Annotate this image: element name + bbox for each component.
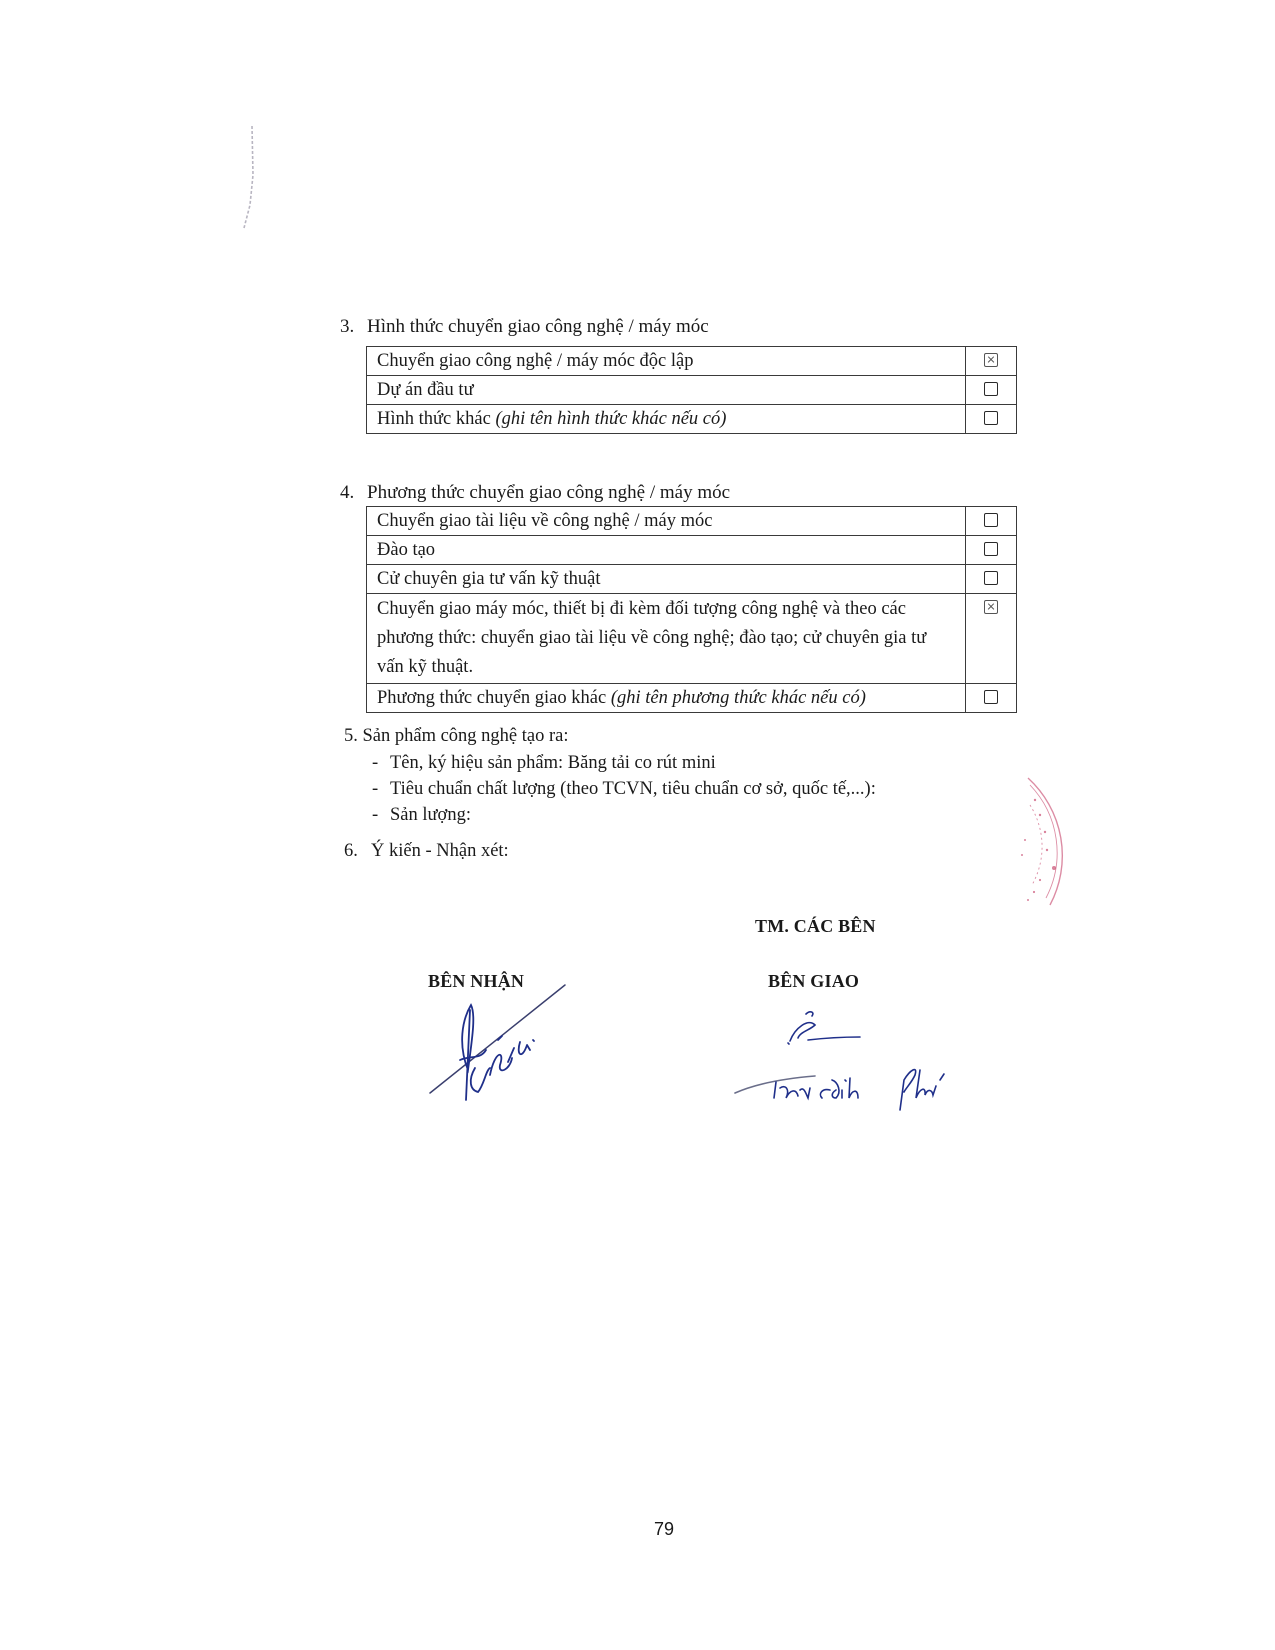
section-6-heading: 6.Ý kiến - Nhận xét: — [344, 841, 509, 862]
section-4-number: 4. — [340, 482, 367, 504]
option-label: Cử chuyên gia tư vấn kỹ thuật — [377, 569, 601, 589]
option-label-cell: Đào tạo — [367, 536, 966, 565]
option-label-cell: Chuyển giao công nghệ / máy móc độc lập — [367, 347, 966, 376]
option-label-cell: Hình thức khác (ghi tên hình thức khác n… — [367, 405, 966, 434]
receiver-label: BÊN NHẬN — [428, 971, 524, 992]
option-label-cell: Phương thức chuyển giao khác (ghi tên ph… — [367, 684, 966, 713]
section-5-number: 5. — [344, 726, 358, 746]
transfer-form-rows: Chuyển giao công nghệ / máy móc độc lậpD… — [367, 347, 1017, 434]
transfer-form-table: Chuyển giao công nghệ / máy móc độc lậpD… — [366, 346, 1017, 434]
option-label: Hình thức khác — [377, 409, 495, 429]
empty-checkbox[interactable] — [984, 411, 998, 425]
product-info-item: -Sản lượng: — [372, 805, 876, 831]
option-row: Chuyển giao công nghệ / máy móc độc lập — [367, 347, 1017, 376]
option-label-cell: Dự án đầu tư — [367, 376, 966, 405]
option-row: Hình thức khác (ghi tên hình thức khác n… — [367, 405, 1017, 434]
section-5-heading: 5. Sản phẩm công nghệ tạo ra: — [344, 726, 569, 747]
option-checkbox-cell — [966, 565, 1017, 594]
empty-checkbox[interactable] — [984, 690, 998, 704]
signatures-header: TM. CÁC BÊN — [755, 916, 876, 937]
option-label: Chuyển giao tài liệu về công nghệ / máy … — [377, 511, 712, 531]
official-stamp-seal — [0, 0, 1, 1]
option-row: Chuyển giao tài liệu về công nghệ / máy … — [367, 507, 1017, 536]
empty-checkbox[interactable] — [984, 571, 998, 585]
product-info-item: -Tiêu chuẩn chất lượng (theo TCVN, tiêu … — [372, 779, 876, 805]
option-row: Dự án đầu tư — [367, 376, 1017, 405]
option-label: Phương thức chuyển giao khác — [377, 688, 611, 708]
section-3-number: 3. — [340, 316, 367, 338]
section-4-title: Phương thức chuyển giao công nghệ / máy … — [367, 482, 730, 503]
empty-checkbox[interactable] — [984, 542, 998, 556]
option-note: (ghi tên phương thức khác nếu có) — [611, 688, 866, 708]
option-row: Cử chuyên gia tư vấn kỹ thuật — [367, 565, 1017, 594]
option-label-cell: Cử chuyên gia tư vấn kỹ thuật — [367, 565, 966, 594]
option-checkbox-cell — [966, 594, 1017, 684]
option-checkbox-cell — [966, 405, 1017, 434]
option-checkbox-cell — [966, 684, 1017, 713]
page-number: 79 — [654, 1519, 674, 1540]
option-row: Chuyển giao máy móc, thiết bị đi kèm đối… — [367, 594, 1017, 684]
option-row: Phương thức chuyển giao khác (ghi tên ph… — [367, 684, 1017, 713]
section-5-title: Sản phẩm công nghệ tạo ra: — [363, 726, 569, 746]
option-checkbox-cell — [966, 536, 1017, 565]
option-label: Chuyển giao máy móc, thiết bị đi kèm đối… — [377, 599, 926, 677]
option-row: Đào tạo — [367, 536, 1017, 565]
transfer-method-table: Chuyển giao tài liệu về công nghệ / máy … — [366, 506, 1017, 713]
option-checkbox-cell — [966, 347, 1017, 376]
section-6-title: Ý kiến - Nhận xét: — [371, 841, 509, 861]
empty-checkbox[interactable] — [984, 382, 998, 396]
option-checkbox-cell — [966, 507, 1017, 536]
empty-checkbox[interactable] — [984, 513, 998, 527]
option-checkbox-cell — [966, 376, 1017, 405]
product-info-text: Tên, ký hiệu sản phẩm: Băng tải co rút m… — [390, 753, 716, 773]
bullet-dash: - — [372, 753, 390, 774]
option-label: Đào tạo — [377, 540, 435, 560]
option-label: Chuyển giao công nghệ / máy móc độc lập — [377, 351, 693, 371]
product-info-text: Tiêu chuẩn chất lượng (theo TCVN, tiêu c… — [390, 779, 876, 799]
product-info-item: -Tên, ký hiệu sản phẩm: Băng tải co rút … — [372, 753, 876, 779]
section-4-heading: 4.Phương thức chuyển giao công nghệ / má… — [340, 482, 730, 504]
section-5-item-list: -Tên, ký hiệu sản phẩm: Băng tải co rút … — [372, 753, 876, 831]
option-label: Dự án đầu tư — [377, 380, 474, 400]
option-label-cell: Chuyển giao máy móc, thiết bị đi kèm đối… — [367, 594, 966, 684]
giver-label: BÊN GIAO — [768, 971, 859, 992]
section-3-heading: 3.Hình thức chuyển giao công nghệ / máy … — [340, 316, 709, 338]
checked-checkbox[interactable] — [984, 600, 998, 614]
section-3-title: Hình thức chuyển giao công nghệ / máy mó… — [367, 316, 709, 337]
transfer-method-rows: Chuyển giao tài liệu về công nghệ / máy … — [367, 507, 1017, 713]
option-label-cell: Chuyển giao tài liệu về công nghệ / máy … — [367, 507, 966, 536]
product-info-text: Sản lượng: — [390, 805, 471, 825]
section-6-number: 6. — [344, 841, 371, 862]
bullet-dash: - — [372, 779, 390, 800]
option-note: (ghi tên hình thức khác nếu có) — [495, 409, 726, 429]
checked-checkbox[interactable] — [984, 353, 998, 367]
bullet-dash: - — [372, 805, 390, 826]
